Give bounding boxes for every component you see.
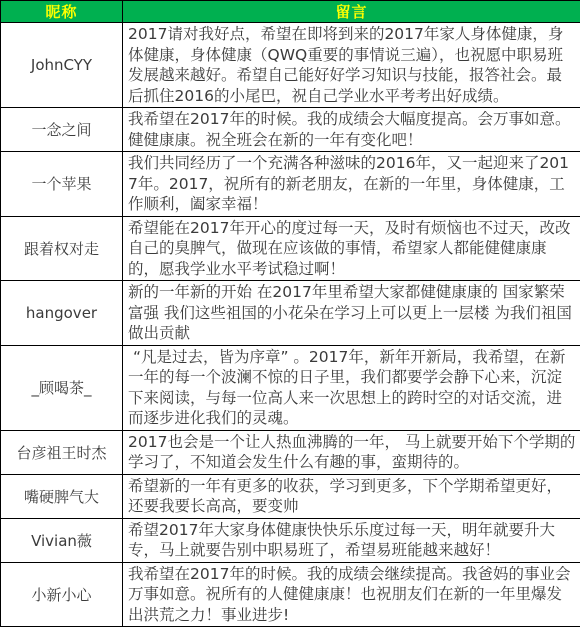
table-row: 一念之间 我希望在2017年的时候。我的成绩会大幅度提高。会万事如意。健健康康。… <box>1 108 580 152</box>
table-row: 跟着权对走 希望能在2017年开心的度过每一天，及时有烦恼也不过天，改改自己的臭… <box>1 216 580 281</box>
header-row: 昵称 留言 <box>1 1 580 23</box>
nickname-cell: 台彦祖王时杰 <box>1 430 123 474</box>
message-cell: 希望能在2017年开心的度过每一天，及时有烦恼也不过天，改改自己的臭脾气，做现在… <box>123 216 580 281</box>
message-cell: 2017也会是一个让人热血沸腾的一年， 马上就要开始下个学期的学习了，不知道会发… <box>123 430 580 474</box>
nickname-cell: Vivian薇 <box>1 518 123 562</box>
table-row: 一个苹果 我们共同经历了一个充满各种滋味的2016年，又一起迎来了2017年。2… <box>1 152 580 217</box>
message-cell: 希望2017年大家身体健康快快乐乐度过每一天，明年就要升大专，马上就要告别中职易… <box>123 518 580 562</box>
message-board-table: 昵称 留言 JohnCYY 2017请对我好点，希望在即将到来的2017年家人身… <box>0 0 580 627</box>
nickname-cell: _顾喝茶_ <box>1 345 123 430</box>
message-cell: 我们共同经历了一个充满各种滋味的2016年，又一起迎来了2017年。2017，祝… <box>123 152 580 217</box>
message-cell: 我希望在2017年的时候。我的成绩会大幅度提高。会万事如意。健健康康。祝全班会在… <box>123 108 580 152</box>
nickname-cell: JohnCYY <box>1 23 123 108</box>
message-cell: 希望新的一年有更多的收获，学习到更多，下个学期希望更好，还要我要长高高，要变帅 <box>123 474 580 518</box>
table-row: Vivian薇 希望2017年大家身体健康快快乐乐度过每一天，明年就要升大专，马… <box>1 518 580 562</box>
table-row: 嘴硬脾气大 希望新的一年有更多的收获，学习到更多，下个学期希望更好，还要我要长高… <box>1 474 580 518</box>
message-cell: 2017请对我好点，希望在即将到来的2017年家人身体健康，身体健康，身体健康（… <box>123 23 580 108</box>
nickname-cell: hangover <box>1 281 123 346</box>
message-cell: “凡是过去，皆为序章” 。2017年，新年开新局，我希望，在新一年的每一个波澜不… <box>123 345 580 430</box>
table-row: JohnCYY 2017请对我好点，希望在即将到来的2017年家人身体健康，身体… <box>1 23 580 108</box>
table-row: 台彦祖王时杰 2017也会是一个让人热血沸腾的一年， 马上就要开始下个学期的学习… <box>1 430 580 474</box>
nickname-cell: 小新小心 <box>1 562 123 627</box>
message-column-header: 留言 <box>123 1 580 23</box>
message-cell: 我希望在2017年的时候。我的成绩会继续提高。我爸妈的事业会万事如意。祝所有的人… <box>123 562 580 627</box>
nickname-cell: 跟着权对走 <box>1 216 123 281</box>
nickname-cell: 一个苹果 <box>1 152 123 217</box>
message-cell: 新的一年新的开始 在2017年里希望大家都健健康康的 国家繁荣富强 我们这些祖国… <box>123 281 580 346</box>
nickname-cell: 嘴硬脾气大 <box>1 474 123 518</box>
table-row: hangover 新的一年新的开始 在2017年里希望大家都健健康康的 国家繁荣… <box>1 281 580 346</box>
table-row: 小新小心 我希望在2017年的时候。我的成绩会继续提高。我爸妈的事业会万事如意。… <box>1 562 580 627</box>
nickname-cell: 一念之间 <box>1 108 123 152</box>
nickname-column-header: 昵称 <box>1 1 123 23</box>
table-row: _顾喝茶_ “凡是过去，皆为序章” 。2017年，新年开新局，我希望，在新一年的… <box>1 345 580 430</box>
